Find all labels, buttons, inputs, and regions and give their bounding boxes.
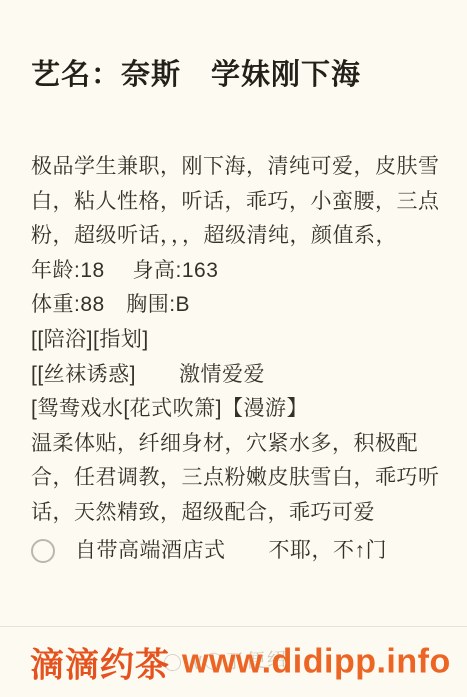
site-brand: 滴滴约茶 <box>30 638 170 687</box>
body-line-weight-bust: 体重:88 胸围:B <box>31 288 441 323</box>
body-line: 话，天然精致，超级配合，乖巧可爱 <box>31 496 441 531</box>
footer-banner: 〇W〇了便绍 滴滴约茶 www.didipp.info <box>0 626 467 697</box>
site-url-link[interactable]: www.didipp.info <box>182 643 451 682</box>
page: 艺名：奈斯 学妹刚下海 极品学生兼职，刚下海，清纯可爱，皮肤雪 白，粘人性格，听… <box>0 0 467 697</box>
footer-content: 滴滴约茶 www.didipp.info <box>30 638 451 687</box>
body-line-services: [鸳鸯戏水[花式吹箫]【漫游】 <box>31 392 441 427</box>
body-line: 白，粘人性格，听话，乖巧，小蛮腰，三点 <box>31 185 441 220</box>
body-line: 粉，超级听话，，，超级清纯，颜值系， <box>31 219 441 254</box>
circle-outline-icon <box>31 539 55 563</box>
body-line: 极品学生兼职，刚下海，清纯可爱，皮肤雪 <box>31 150 441 185</box>
bullet-line: 自带高端酒店式 不耶，不↑门 <box>31 534 441 569</box>
body-line: 温柔体贴，纤细身材，穴紧水多，积极配 <box>31 427 441 462</box>
body-line-services: [[陪浴][指划] <box>31 323 441 358</box>
profile-description: 极品学生兼职，刚下海，清纯可爱，皮肤雪 白，粘人性格，听话，乖巧，小蛮腰，三点 … <box>31 150 441 568</box>
body-line: 合，任君调教，三点粉嫩皮肤雪白，乖巧听 <box>31 461 441 496</box>
bullet-line-text: 自带高端酒店式 不耶，不↑门 <box>75 534 387 569</box>
page-title: 艺名：奈斯 学妹刚下海 <box>31 52 361 93</box>
body-line-services: [[丝袜诱惑] 激情爱爱 <box>31 358 441 393</box>
body-line-age-height: 年龄:18 身高:163 <box>31 254 441 289</box>
